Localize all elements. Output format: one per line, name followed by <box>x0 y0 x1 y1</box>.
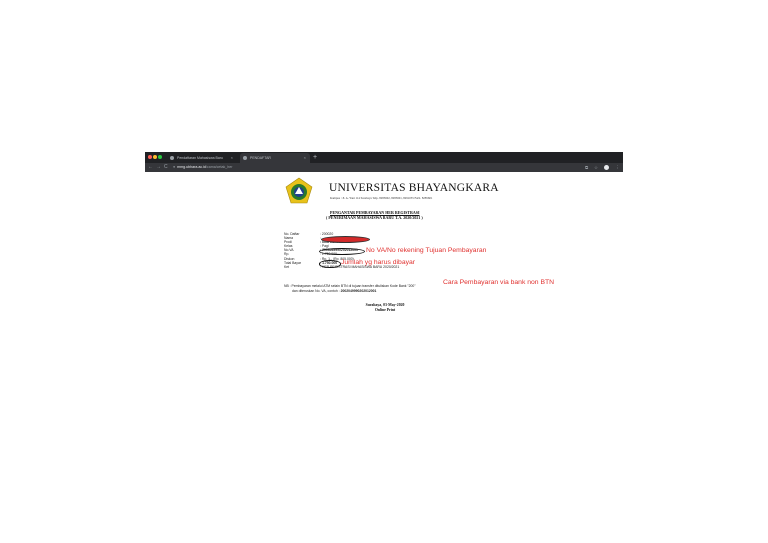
browser-window: Pendaftaran Mahasiswa Baru × PENDAFTAR ×… <box>145 152 623 317</box>
university-logo-icon <box>285 177 313 205</box>
close-tab-icon[interactable]: × <box>231 153 233 163</box>
payment-note: NB : Pembayaran melalui ATM selain BTN d… <box>284 284 415 293</box>
document-page: UNIVERSITAS BHAYANGKARA Kampus : Jl. A. … <box>145 172 623 317</box>
university-name: UNIVERSITAS BHAYANGKARA <box>329 182 499 194</box>
university-address: Kampus : Jl. A. Yani 114 Surabaya Telp. … <box>330 196 432 200</box>
print-label: Online Print <box>345 308 425 313</box>
field-value: : 200020 <box>320 232 333 236</box>
back-icon[interactable]: ← <box>148 163 153 172</box>
amount-highlight-circle <box>319 260 341 268</box>
tab-pendaftar[interactable]: PENDAFTAR × <box>240 153 310 163</box>
note-prefix: dan diteruskan No. VA, contoh : <box>292 289 341 293</box>
lock-icon: ● <box>173 165 175 169</box>
tab-bar: Pendaftaran Mahasiswa Baru × PENDAFTAR ×… <box>145 152 623 163</box>
maximize-window-button[interactable] <box>158 155 162 159</box>
new-tab-button[interactable]: + <box>313 153 317 162</box>
minimize-window-button[interactable] <box>153 155 157 159</box>
tab-label: PENDAFTAR <box>250 156 271 160</box>
note-example: 2002049990202012001 <box>341 289 377 293</box>
field-label: Ket <box>284 265 289 269</box>
address-bar[interactable]: ●mmg.ubhara.ac.id/cama/cetak_her <box>173 164 573 171</box>
globe-icon <box>170 156 174 160</box>
reload-icon[interactable]: C <box>164 163 168 172</box>
url-host: mmg.ubhara.ac.id <box>177 165 206 169</box>
bookmark-star-icon[interactable]: ☆ <box>594 163 598 172</box>
close-tab-icon[interactable]: × <box>304 153 306 163</box>
annotation-amount: Jumlah yg harus dibayar <box>341 259 415 266</box>
note-line-2: dan diteruskan No. VA, contoh : 20020499… <box>284 289 415 294</box>
tab-label: Pendaftaran Mahasiswa Baru <box>177 156 223 160</box>
annotation-va: No VA/No rekening Tujuan Pembayaran <box>366 247 486 254</box>
url-path: /cama/cetak_her <box>206 165 233 169</box>
document-subtitle: ( PENERIMAAN MAHASISWA BARU T.A. 2020/20… <box>326 215 423 220</box>
browser-toolbar: ← → C ●mmg.ubhara.ac.id/cama/cetak_her ⧉… <box>145 163 623 172</box>
forward-icon[interactable]: → <box>156 163 161 172</box>
close-window-button[interactable] <box>148 155 152 159</box>
tab-pendaftaran[interactable]: Pendaftaran Mahasiswa Baru × <box>167 153 237 163</box>
va-highlight-circle <box>319 248 365 255</box>
annotation-non-btn: Cara Pembayaran via bank non BTN <box>443 279 554 286</box>
profile-avatar-icon[interactable] <box>604 165 609 170</box>
page-icon <box>243 156 247 160</box>
menu-icon[interactable]: ⋮ <box>615 163 620 172</box>
name-redaction-mark <box>321 236 370 243</box>
cast-icon[interactable]: ⧉ <box>585 163 588 172</box>
document-footer: Surabaya, 03-May-2020 Online Print <box>345 303 425 312</box>
